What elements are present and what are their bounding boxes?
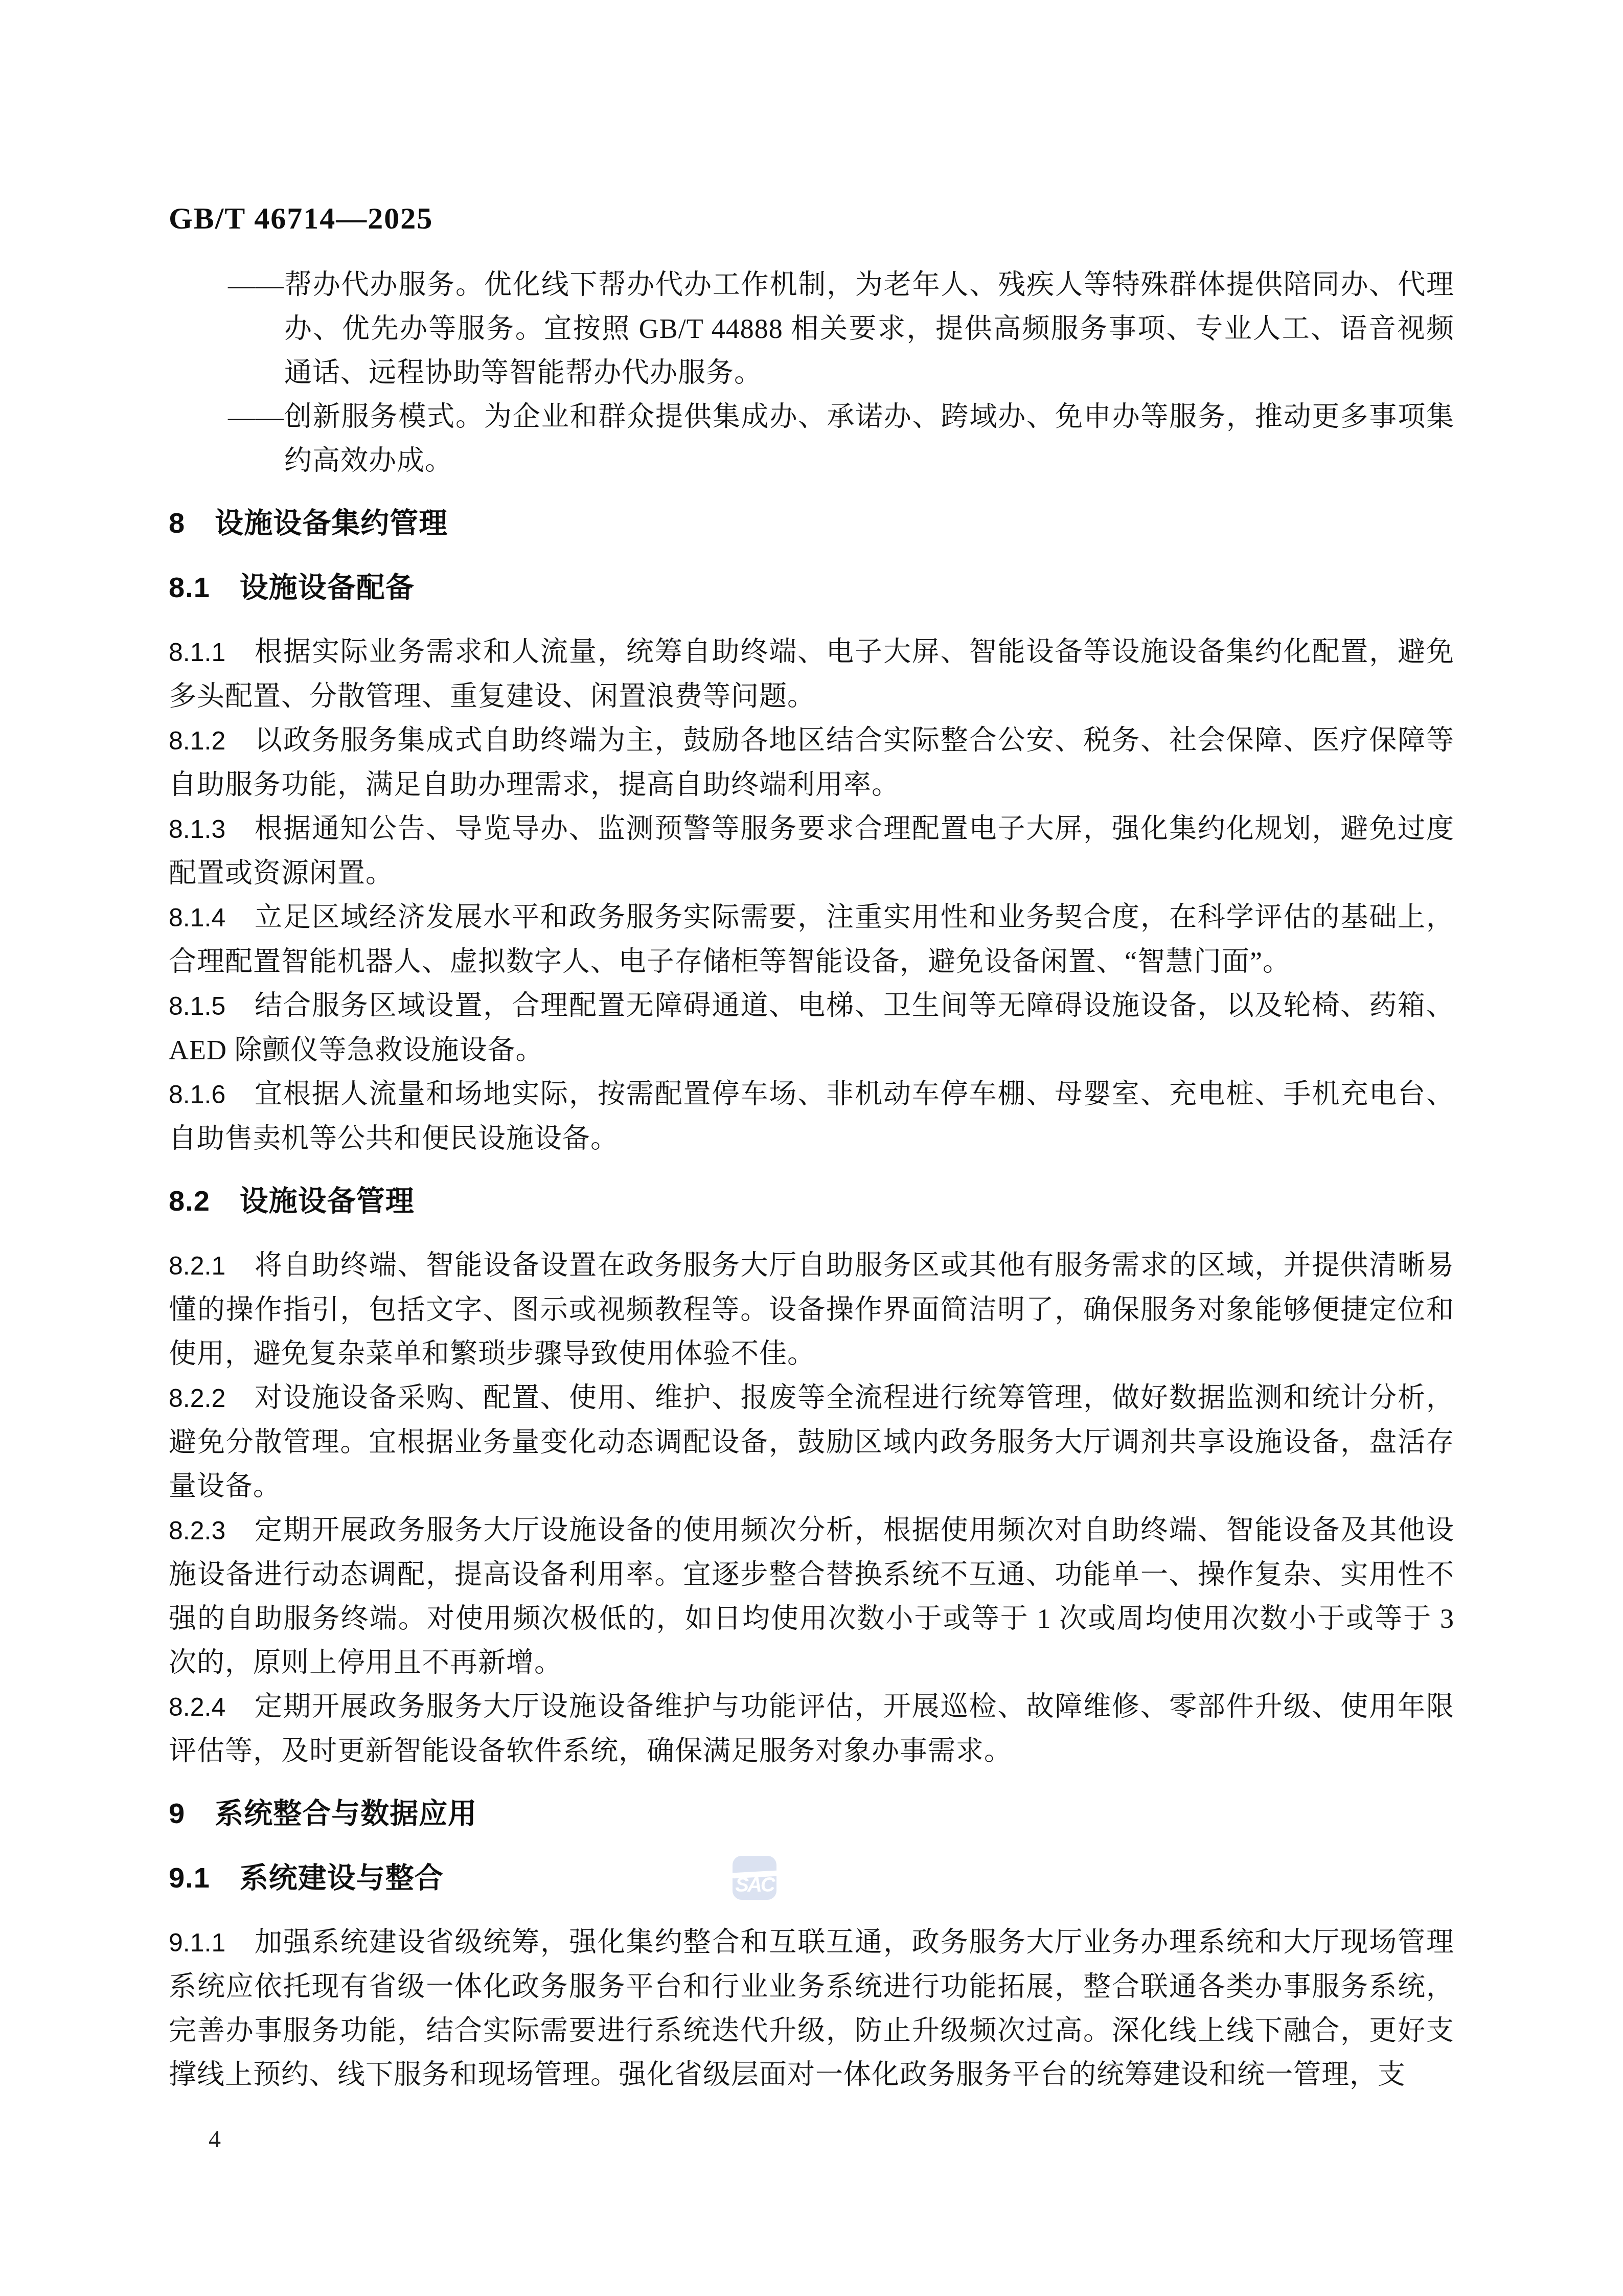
section-heading-8: 8 设施设备集约管理 bbox=[169, 501, 1454, 545]
page-number: 4 bbox=[209, 2124, 1454, 2155]
clause-text: 宜根据人流量和场地实际，按需配置停车场、非机动车停车棚、母婴室、充电桩、手机充电… bbox=[169, 1079, 1454, 1154]
list-item-dash: —— bbox=[228, 395, 284, 483]
clause-paragraph-8-2-2: 8.2.2对设施设备采购、配置、使用、维护、报废等全流程进行统筹管理，做好数据监… bbox=[169, 1376, 1454, 1508]
document-page: GB/T 46714—2025 —— 帮办代办服务。优化线下帮办代办工作机制，为… bbox=[0, 0, 1623, 2296]
clause-paragraph-8-1-1: 8.1.1根据实际业务需求和人流量，统筹自助终端、电子大屏、智能设备等设施设备集… bbox=[169, 630, 1454, 718]
clause-number: 8.1.5 bbox=[169, 992, 225, 1020]
clause-paragraph-8-2-3: 8.2.3定期开展政务服务大厅设施设备的使用频次分析，根据使用频次对自助终端、智… bbox=[169, 1508, 1454, 1685]
clause-paragraph-9-1-1: 9.1.1加强系统建设省级统筹，强化集约整合和互联互通，政务服务大厅业务办理系统… bbox=[169, 1920, 1454, 2097]
clause-number: 8.2.2 bbox=[169, 1384, 225, 1413]
clause-number: 8.2.1 bbox=[169, 1252, 225, 1280]
subsection-title: 系统建设与整合 bbox=[240, 1856, 444, 1900]
subsection-number: 8.2 bbox=[169, 1179, 210, 1223]
clause-text: 结合服务区域设置，合理配置无障碍通道、电梯、卫生间等无障碍设施设备，以及轮椅、药… bbox=[169, 990, 1454, 1065]
section-number: 9 bbox=[169, 1791, 185, 1835]
list-item-dash: —— bbox=[228, 263, 284, 395]
clause-text: 加强系统建设省级统筹，强化集约整合和互联互通，政务服务大厅业务办理系统和大厅现场… bbox=[169, 1927, 1454, 2090]
section-title: 系统整合与数据应用 bbox=[215, 1791, 477, 1835]
clause-number: 8.1.2 bbox=[169, 726, 225, 755]
clause-paragraph-8-2-1: 8.2.1将自助终端、智能设备设置在政务服务大厅自助服务区或其他有服务需求的区域… bbox=[169, 1243, 1454, 1376]
clause-paragraph-8-1-3: 8.1.3根据通知公告、导览导办、监测预警等服务要求合理配置电子大屏，强化集约化… bbox=[169, 807, 1454, 895]
section-number: 8 bbox=[169, 501, 185, 545]
clause-paragraph-8-1-5: 8.1.5结合服务区域设置，合理配置无障碍通道、电梯、卫生间等无障碍设施设备，以… bbox=[169, 984, 1454, 1072]
clause-text: 根据通知公告、导览导办、监测预警等服务要求合理配置电子大屏，强化集约化规划，避免… bbox=[169, 813, 1454, 889]
subsection-heading-9-1: 9.1 系统建设与整合 bbox=[169, 1856, 1454, 1900]
section-heading-9: 9 系统整合与数据应用 bbox=[169, 1791, 1454, 1835]
list-item: —— 帮办代办服务。优化线下帮办代办工作机制，为老年人、残疾人等特殊群体提供陪同… bbox=[228, 263, 1454, 395]
clause-number: 8.1.6 bbox=[169, 1080, 225, 1109]
clause-paragraph-8-1-6: 8.1.6宜根据人流量和场地实际，按需配置停车场、非机动车停车棚、母婴室、充电桩… bbox=[169, 1072, 1454, 1161]
clause-number: 8.2.3 bbox=[169, 1516, 225, 1545]
subsection-title: 设施设备管理 bbox=[240, 1179, 415, 1223]
clause-text: 立足区域经济发展水平和政务服务实际需要，注重实用性和业务契合度，在科学评估的基础… bbox=[169, 902, 1454, 977]
clause-number: 8.2.4 bbox=[169, 1693, 225, 1721]
clause-number: 8.1.1 bbox=[169, 638, 225, 667]
list-item: —— 创新服务模式。为企业和群众提供集成办、承诺办、跨域办、免申办等服务，推动更… bbox=[228, 395, 1454, 483]
clause-number: 9.1.1 bbox=[169, 1928, 225, 1957]
section-title: 设施设备集约管理 bbox=[215, 501, 448, 545]
clause-text: 定期开展政务服务大厅设施设备的使用频次分析，根据使用频次对自助终端、智能设备及其… bbox=[169, 1515, 1454, 1678]
clause-text: 将自助终端、智能设备设置在政务服务大厅自助服务区或其他有服务需求的区域，并提供清… bbox=[169, 1250, 1454, 1369]
subsection-number: 9.1 bbox=[169, 1856, 210, 1900]
list-item-text: 帮办代办服务。优化线下帮办代办工作机制，为老年人、残疾人等特殊群体提供陪同办、代… bbox=[284, 263, 1454, 395]
clause-number: 8.1.3 bbox=[169, 815, 225, 844]
standard-number-header: GB/T 46714—2025 bbox=[169, 200, 1454, 236]
subsection-title: 设施设备配备 bbox=[240, 565, 415, 609]
clause-text: 以政务服务集成式自助终端为主，鼓励各地区结合实际整合公安、税务、社会保障、医疗保… bbox=[169, 725, 1454, 800]
list-item-text: 创新服务模式。为企业和群众提供集成办、承诺办、跨域办、免申办等服务，推动更多事项… bbox=[284, 395, 1454, 483]
clause-paragraph-8-1-2: 8.1.2以政务服务集成式自助终端为主，鼓励各地区结合实际整合公安、税务、社会保… bbox=[169, 718, 1454, 807]
subsection-heading-8-1: 8.1 设施设备配备 bbox=[169, 565, 1454, 609]
clause-text: 根据实际业务需求和人流量，统筹自助终端、电子大屏、智能设备等设施设备集约化配置，… bbox=[169, 636, 1454, 712]
subsection-heading-8-2: 8.2 设施设备管理 bbox=[169, 1179, 1454, 1223]
clause-paragraph-8-1-4: 8.1.4立足区域经济发展水平和政务服务实际需要，注重实用性和业务契合度，在科学… bbox=[169, 895, 1454, 984]
dash-list: —— 帮办代办服务。优化线下帮办代办工作机制，为老年人、残疾人等特殊群体提供陪同… bbox=[228, 263, 1454, 483]
clause-text: 定期开展政务服务大厅设施设备维护与功能评估，开展巡检、故障维修、零部件升级、使用… bbox=[169, 1691, 1454, 1766]
clause-paragraph-8-2-4: 8.2.4定期开展政务服务大厅设施设备维护与功能评估，开展巡检、故障维修、零部件… bbox=[169, 1685, 1454, 1773]
subsection-number: 8.1 bbox=[169, 565, 210, 609]
clause-number: 8.1.4 bbox=[169, 903, 225, 932]
clause-text: 对设施设备采购、配置、使用、维护、报废等全流程进行统筹管理，做好数据监测和统计分… bbox=[169, 1382, 1454, 1502]
